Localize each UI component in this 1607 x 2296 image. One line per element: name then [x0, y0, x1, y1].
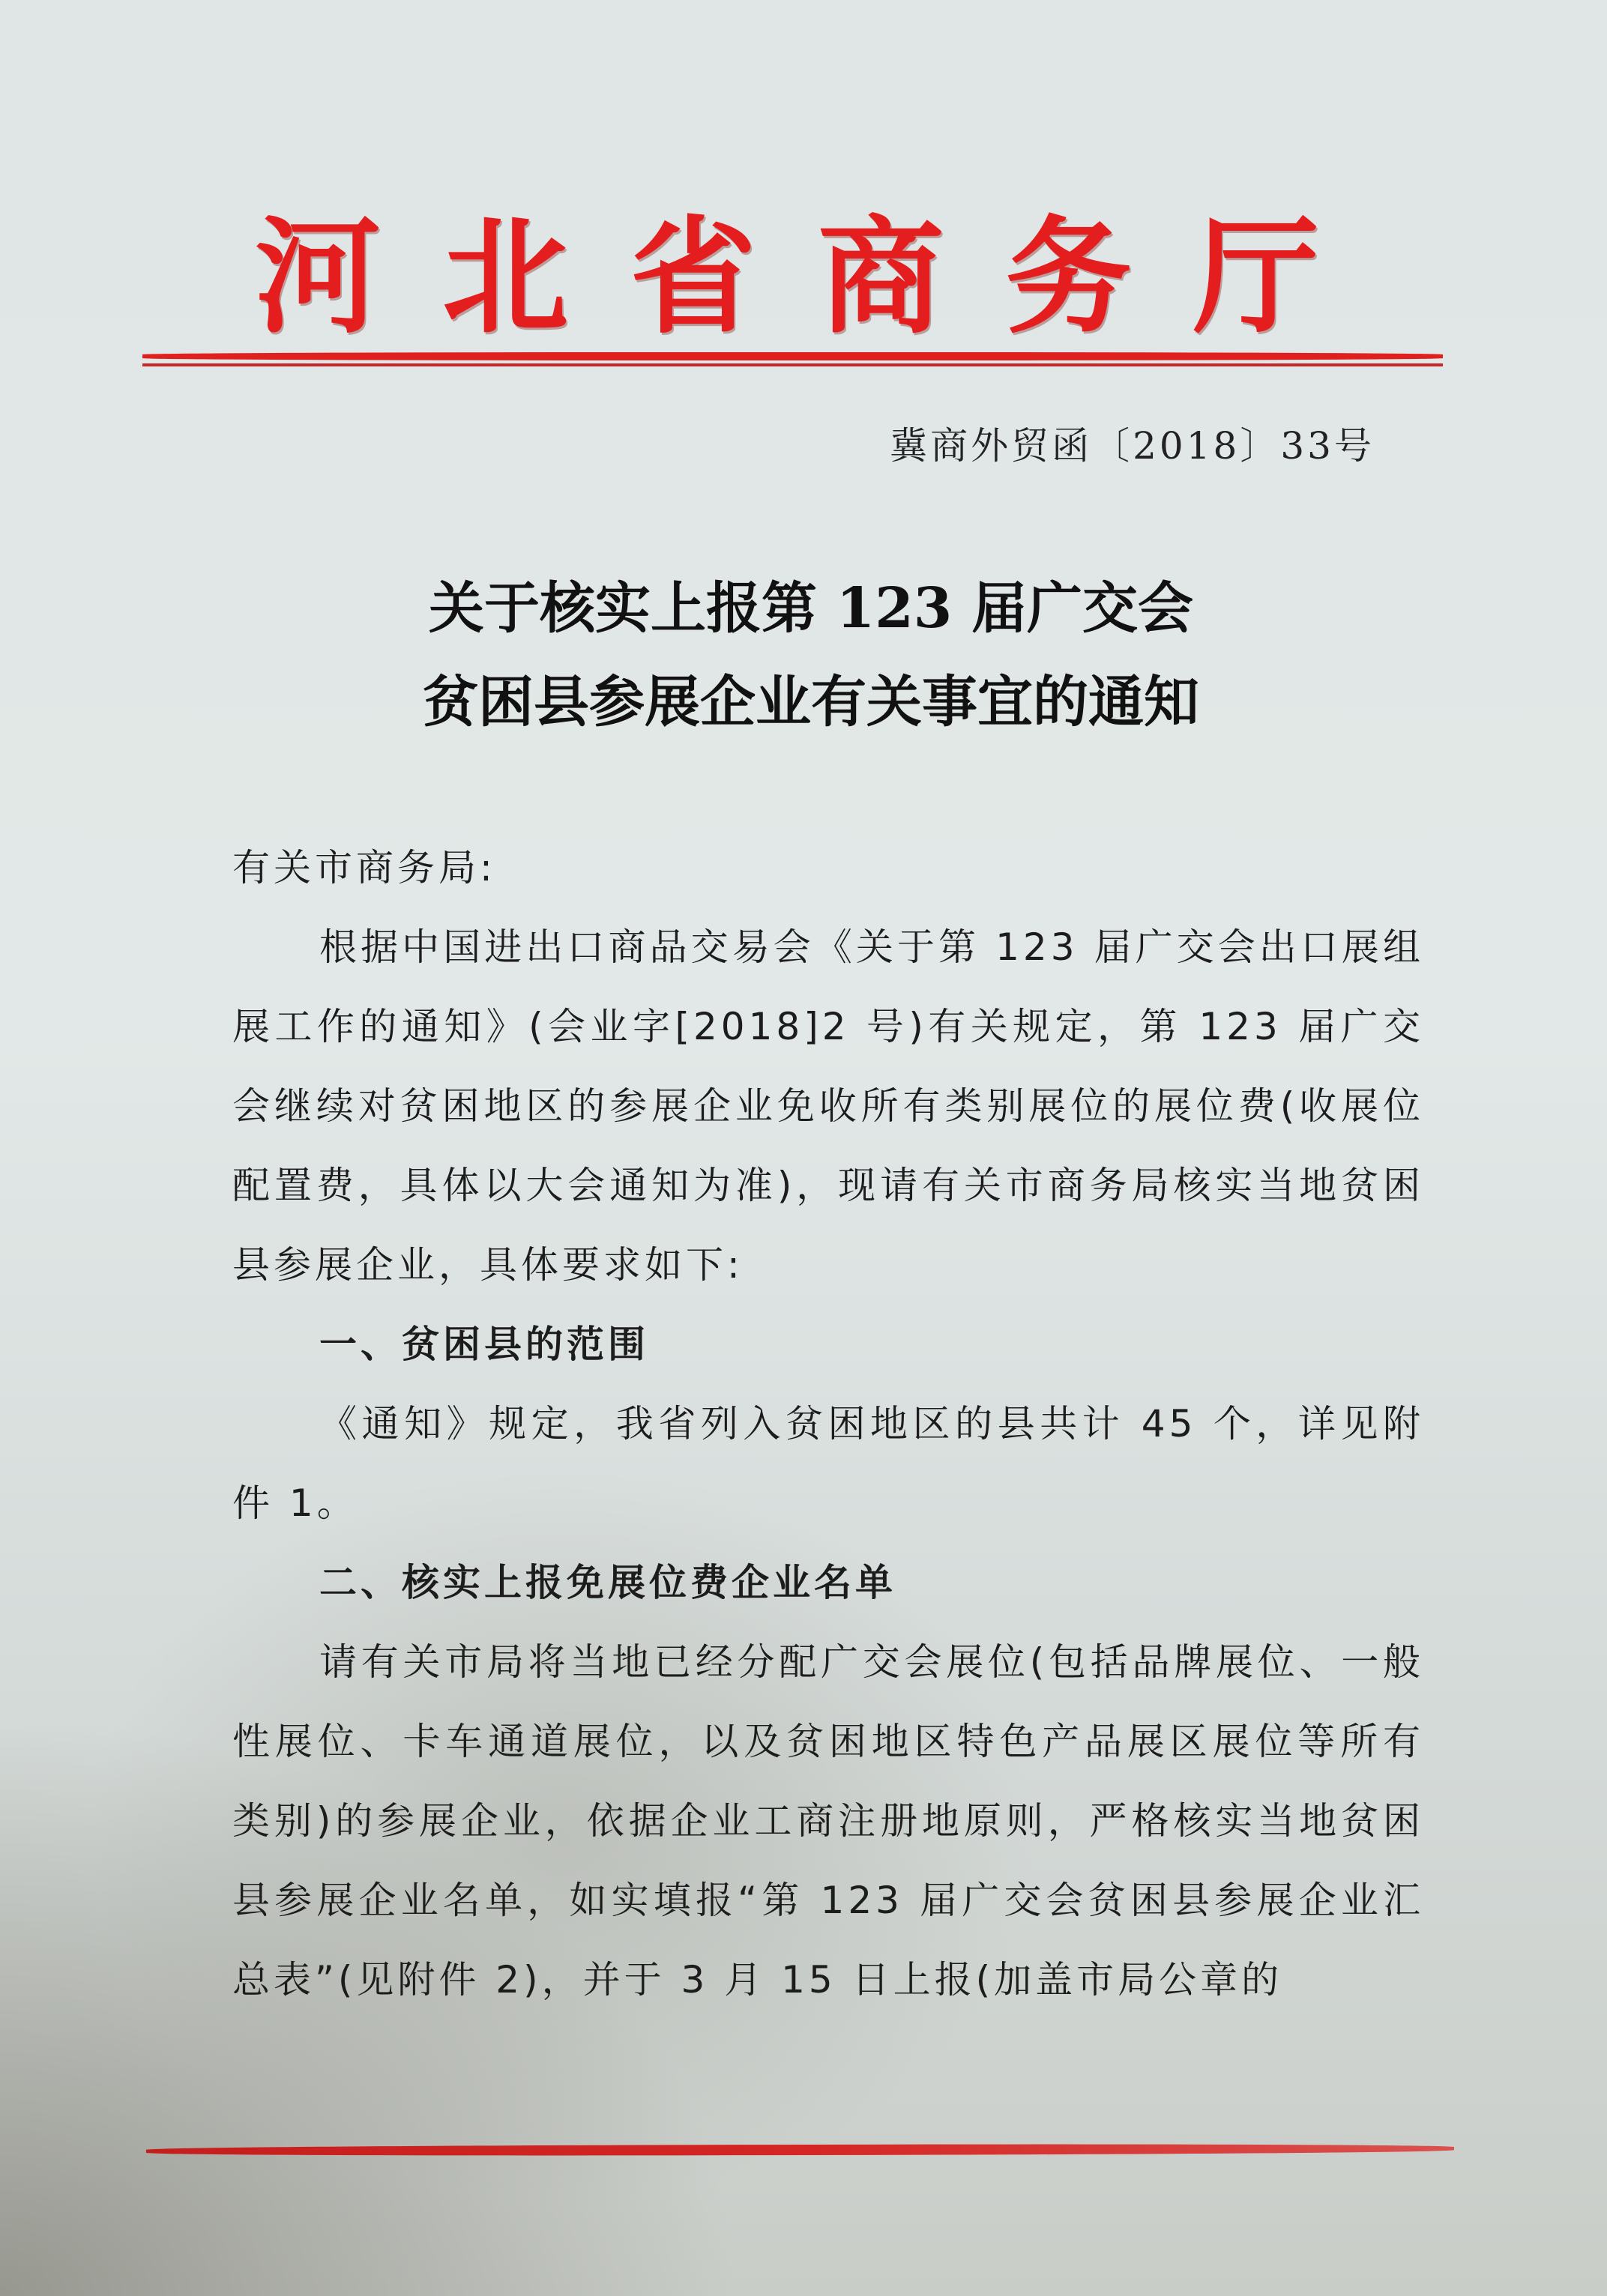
- footer-red-rule: [146, 2143, 1454, 2157]
- red-rule-thin: [142, 363, 1443, 366]
- masthead-char: 厅: [1193, 214, 1319, 340]
- section-paragraph-2: 请有关市局将当地已经分配广交会展位(包括品牌展位、一般性展位、卡车通道展位，以及…: [232, 1622, 1424, 2019]
- masthead-char: 省: [630, 214, 756, 340]
- title-line-2: 贫困县参展企业有关事宜的通知: [15, 656, 1607, 749]
- document-number: 冀商外贸函〔2018〕33号: [890, 416, 1375, 470]
- masthead-red-double-rule: [142, 352, 1443, 369]
- document-body: 有关市商务局: 根据中国进出口商品交易会《关于第 123 届广交会出口展组展工作…: [232, 828, 1424, 2019]
- title-line-1: 关于核实上报第 123 届广交会: [15, 562, 1607, 656]
- masthead-char: 北: [442, 214, 568, 340]
- document-title: 关于核实上报第 123 届广交会 贫困县参展企业有关事宜的通知: [0, 562, 1607, 749]
- section-paragraph-1: 《通知》规定，我省列入贫困地区的县共计 45 个，详见附件 1。: [232, 1384, 1424, 1543]
- section-heading-2: 二、核实上报免展位费企业名单: [232, 1543, 1424, 1622]
- red-rule-thick: [142, 352, 1443, 360]
- masthead-char: 商: [818, 214, 944, 340]
- salutation: 有关市商务局:: [232, 828, 1424, 907]
- section-heading-1: 一、贫困县的范围: [232, 1305, 1424, 1384]
- masthead-char: 河: [255, 214, 381, 340]
- masthead-char: 务: [1006, 214, 1132, 340]
- masthead-issuer-name: 河 北 省 商 务 厅: [255, 202, 1319, 352]
- intro-paragraph: 根据中国进出口商品交易会《关于第 123 届广交会出口展组展工作的通知》(会业字…: [232, 907, 1424, 1305]
